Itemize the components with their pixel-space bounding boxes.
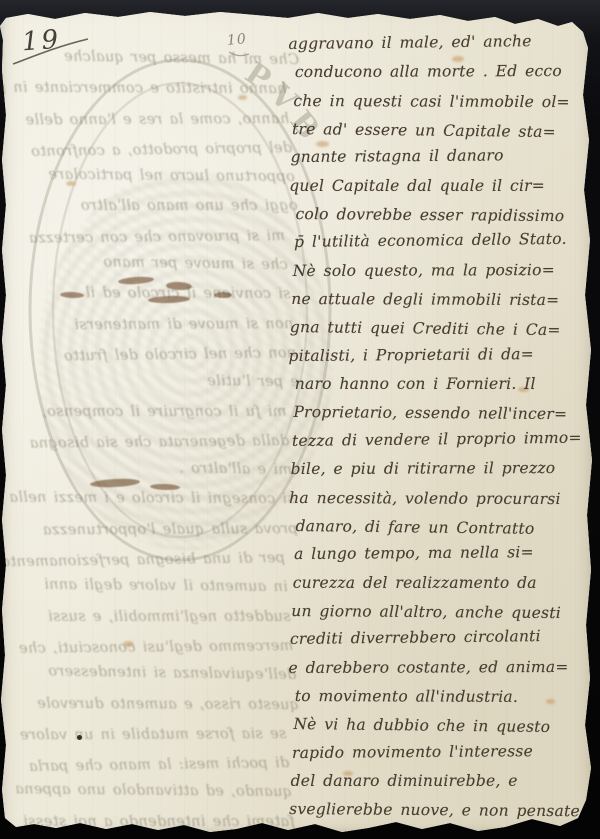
bleedthrough-line: opportuno lucro nel particolare	[9, 160, 295, 192]
bleedthrough-line: oggi che uno mano all'altro	[12, 192, 298, 221]
bleedthrough-line: in aumento il valore degli anni	[2, 571, 288, 603]
bleedthrough-line: se sia forse mutabile in un valore	[0, 720, 286, 751]
manuscript-line: crediti diverrebbero circolanti	[290, 622, 586, 654]
ink-dot	[77, 735, 82, 740]
manuscript-line: del danaro diminuirebbe, e	[291, 767, 587, 795]
bleedthrough-line: prova sulla quale l'opportunezza	[12, 515, 298, 546]
manuscript-line: conducono alla morte . Ed ecco	[295, 57, 591, 86]
manuscript-line: to movimento all'industria.	[295, 682, 591, 711]
manuscript-line: gnante ristagna il danaro	[290, 141, 586, 172]
bleedthrough-line: che si muove per mano	[2, 247, 288, 280]
manuscript-line: e darebbero costante, ed anima=	[288, 652, 584, 681]
bleedthrough-line: dell'equivalenza si intendessero	[10, 657, 296, 690]
bleedthrough-line: e per l'utile	[13, 365, 299, 397]
manuscript-line: naro hanno con i Fornieri. Il	[295, 370, 591, 398]
bleedthrough-line: hanno intristito e commerciante in pro	[0, 74, 286, 105]
bleedthrough-line: non si muove di mantenersi	[7, 310, 293, 341]
folio-number: 19	[21, 25, 62, 58]
manuscript-line: Nè solo questo, ma la posizio=	[293, 256, 589, 285]
bleedthrough-line: fatemi che intendendo a noi stessi	[9, 808, 295, 837]
manuscript-text-column: aggravano il male, ed' ancheconducono al…	[292, 30, 588, 824]
manuscript-line: sveglierebbe nuove, e non pensate	[289, 795, 585, 826]
bleedthrough-line: questo risso, e aumento durevole	[13, 689, 299, 720]
bleedthrough-line: hanno, come la res e l'anno delle	[3, 105, 289, 136]
manuscript-line: tezza di vendere il proprio immo=	[292, 423, 588, 455]
manuscript-line: ne attuale degli immobili rista=	[291, 285, 587, 314]
manuscript-page: P V B Che mi ha messo per qualchehanno i…	[0, 0, 600, 839]
bleedthrough-line: suddetto negl'immobili, e sussi	[5, 603, 291, 632]
foxing-spot	[238, 95, 247, 100]
bleedthrough-line: mi e all'altro .	[6, 452, 292, 485]
manuscript-line: bile, e piu di ritirarne il prezzo	[291, 454, 587, 483]
ink-smudge	[214, 292, 232, 298]
manuscript-line: che in questi casi l'immobile ol=	[293, 87, 589, 116]
manuscript-line: curezza del realizzamento da	[293, 569, 589, 597]
manuscript-line: p̄ l'utilità economica dello Stato.	[294, 225, 590, 257]
verso-page-number: 10	[226, 31, 247, 49]
bleedthrough-line: mi fu il congruire il compenso,	[0, 398, 286, 427]
manuscript-line: pitalisti, i Proprietarii di da=	[288, 340, 584, 371]
bleedthrough-line: si conviene il circolo ed il	[5, 279, 291, 310]
manuscript-line: aggravano il male, ed' anche	[288, 27, 584, 59]
foxing-spot	[123, 641, 134, 647]
manuscript-line: rapido movimento l'interesse	[292, 736, 588, 767]
page-scan-background: P V B Che mi ha messo per qualchehanno i…	[0, 0, 600, 839]
bleedthrough-line: si consegni il circolo e i mezzi nella	[9, 484, 295, 515]
manuscript-line: a lungo tempo, ma nella si=	[294, 538, 590, 569]
foxing-spot	[66, 181, 76, 186]
bleedthrough-text-column: Che mi ha messo per qualchehanno intrist…	[6, 46, 292, 837]
bleedthrough-line: quando, ed attivandolo uno appena	[6, 776, 292, 808]
manuscript-line: ha necessità, volendo procurarsi	[289, 484, 585, 513]
manuscript-line: quel Capitale dal quale il cir=	[289, 172, 585, 200]
